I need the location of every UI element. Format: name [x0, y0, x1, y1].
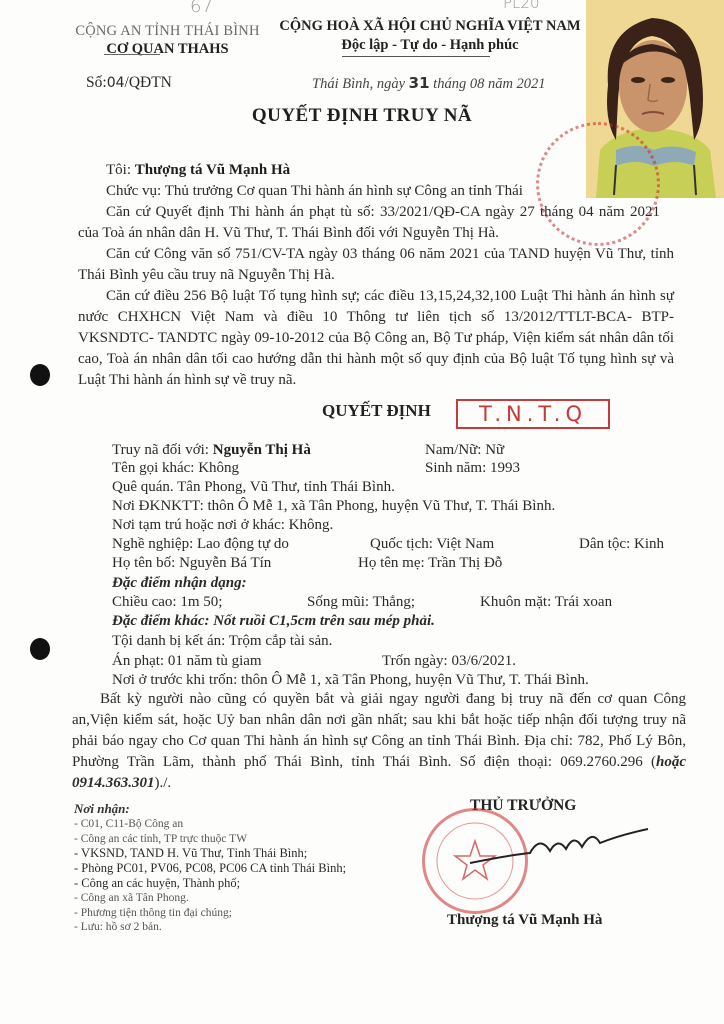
- alias: Tên gọi khác: Không: [112, 458, 239, 479]
- crime: Tội danh bị kết án: Trộm cắp tài sản.: [112, 631, 332, 652]
- doc-number-label: Số:: [86, 74, 107, 91]
- document-title: QUYẾT ĐỊNH TRUY NÃ: [0, 105, 724, 127]
- nationality: Quốc tịch: Việt Nam: [370, 534, 494, 555]
- birth-year: Sinh năm: 1993: [425, 458, 520, 479]
- date-suffix: tháng 08 năm 2021: [433, 76, 545, 92]
- recipients-heading: Nơi nhận:: [74, 802, 346, 817]
- father-name: Họ tên bố: Nguyễn Bá Tín: [112, 553, 271, 574]
- handwritten-note: PL20: [503, 0, 540, 12]
- arrest-instructions: Bất kỳ người nào cũng có quyền bắt và gi…: [72, 689, 686, 794]
- punch-hole-mark: [30, 638, 50, 660]
- recipient-item: - Công an các huyện, Thành phố;: [74, 876, 346, 891]
- wanted-name: Nguyễn Thị Hà: [213, 442, 311, 458]
- national-motto: Độc lập - Tự do - Hạnh phúc: [250, 36, 610, 55]
- country-name: CỘNG HOÀ XÃ HỘI CHỦ NGHĨA VIỆT NAM: [250, 17, 610, 36]
- date-prefix: Thái Bình, ngày: [312, 76, 405, 92]
- hometown: Quê quán. Tân Phong, Vũ Thư, tỉnh Thái B…: [112, 477, 395, 498]
- tntq-stamp: T.N.T.Q: [456, 399, 610, 429]
- issuing-agency: CỘNG AN TỈNH THÁI BÌNH CƠ QUAN THAHS: [60, 22, 275, 58]
- features-heading-text: Đặc điểm nhận dạng: [112, 575, 242, 591]
- face-shape: Khuôn mặt: Trái xoan: [480, 592, 612, 613]
- instructions-text: Bất kỳ người nào cũng có quyền bắt và gi…: [72, 691, 686, 770]
- agency-line-2: CƠ QUAN THAHS: [60, 40, 275, 58]
- features-heading: Đặc điểm nhận dạng:: [112, 573, 247, 594]
- recipient-item: - Công an các tỉnh, TP trực thuộc TW: [74, 832, 346, 847]
- issuer-position: Chức vụ: Thủ trưởng Cơ quan Thi hành án …: [106, 181, 523, 202]
- decision-heading: QUYẾT ĐỊNH: [322, 401, 431, 421]
- document-number: Số:04/QĐTN: [86, 74, 172, 92]
- legal-basis-3: Căn cứ điều 256 Bộ luật Tố tụng hình sự;…: [78, 286, 674, 391]
- issuer-name: Thượng tá Vũ Mạnh Hà: [135, 162, 290, 178]
- legal-basis-1: Căn cứ Quyết định Thi hành án phạt tù số…: [78, 202, 660, 244]
- mother-name: Họ tên mẹ: Trần Thị Đỗ: [358, 553, 502, 574]
- issue-date: Thái Bình, ngày 31 tháng 08 năm 2021: [312, 74, 546, 93]
- handwritten-signature: [470, 825, 650, 875]
- signatory-name: Thượng tá Vũ Mạnh Hà: [447, 912, 602, 929]
- punch-hole-mark: [30, 364, 50, 386]
- ethnicity: Dân tộc: Kinh: [579, 534, 664, 555]
- divider: [104, 54, 160, 55]
- nose: Sống mũi: Thẳng;: [307, 592, 415, 613]
- recipient-item: - VKSND, TAND H. Vũ Thư, Tỉnh Thái Bình;: [74, 846, 346, 861]
- wanted-label: Truy nã đối với:: [112, 442, 209, 458]
- recipient-item: - Công an xã Tân Phong.: [74, 891, 346, 906]
- instructions-end: )./.: [155, 775, 172, 791]
- agency-line-1: CỘNG AN TỈNH THÁI BÌNH: [60, 22, 275, 40]
- divider: [342, 56, 490, 57]
- date-day: 31: [409, 74, 430, 92]
- escape-date: Trốn ngày: 03/6/2021.: [382, 651, 516, 672]
- occupation: Nghề nghiệp: Lao động tự do: [112, 534, 289, 555]
- recipients-list: Nơi nhận: - C01, C11-Bộ Công an - Công a…: [74, 802, 346, 935]
- other-features: Đặc điểm khác: Nốt ruồi C1,5cm trên sau …: [112, 611, 435, 632]
- recipient-item: - C01, C11-Bộ Công an: [74, 817, 346, 832]
- handwritten-note: 67: [190, 0, 213, 17]
- doc-number-handwritten: 04: [107, 75, 125, 91]
- recipient-item: - Phương tiện thông tin đại chúng;: [74, 906, 346, 921]
- sentence: Án phạt: 01 năm tù giam: [112, 651, 262, 672]
- legal-basis-2: Căn cứ Công văn số 751/CV-TA ngày 03 thá…: [78, 244, 674, 286]
- registered-residence: Nơi ĐKNKTT: thôn Ô Mễ 1, xã Tân Phong, h…: [112, 496, 555, 517]
- issuer-label: Tôi:: [106, 162, 131, 178]
- national-header: CỘNG HOÀ XÃ HỘI CHỦ NGHĨA VIỆT NAM Độc l…: [250, 17, 610, 55]
- recipient-item: - Phòng PC01, PV06, PC08, PC06 CA tỉnh T…: [74, 861, 346, 876]
- issuer: Tôi: Thượng tá Vũ Mạnh Hà: [106, 160, 290, 181]
- doc-number-suffix: /QĐTN: [125, 74, 172, 91]
- height: Chiều cao: 1m 50;: [112, 592, 222, 613]
- prior-residence: Nơi ở trước khi trốn: thôn Ô Mễ 1, xã Tâ…: [112, 670, 589, 691]
- temporary-residence: Nơi tạm trú hoặc nơi ở khác: Không.: [112, 515, 333, 536]
- recipient-item: - Lưu: hồ sơ 2 bản.: [74, 920, 346, 935]
